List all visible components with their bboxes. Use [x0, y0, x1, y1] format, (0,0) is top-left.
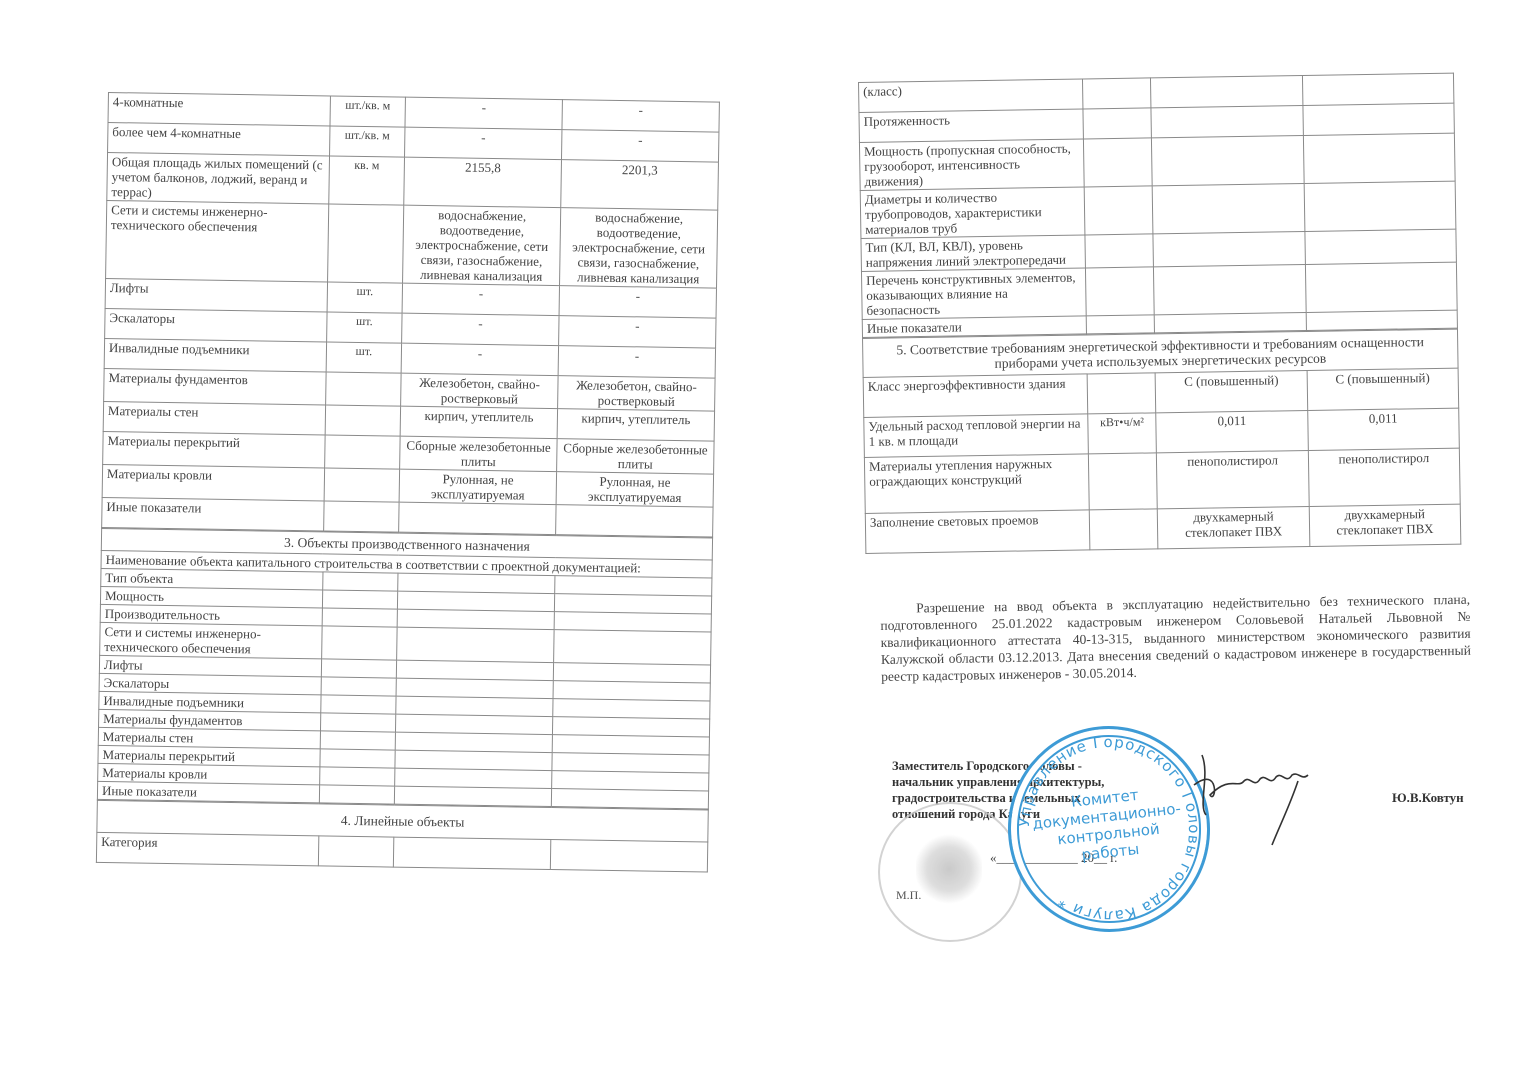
- row-label: Общая площадь жилых помещений (с учетом …: [107, 153, 330, 204]
- row-fact-value: 2201,3: [561, 160, 719, 210]
- row-unit: [324, 468, 400, 502]
- row-fact-value: -: [559, 286, 716, 318]
- empty-cell: [1155, 312, 1307, 332]
- row-unit: [1088, 453, 1157, 510]
- row-label: Заполнение световых проемов: [865, 510, 1089, 554]
- row-plan-value: водоснабжение, водоотведение, электросна…: [403, 205, 561, 285]
- row-plan-value: -: [401, 343, 558, 375]
- empty-cell: [1306, 310, 1458, 330]
- note-text: Разрешение на ввод объекта в эксплуатаци…: [880, 591, 1471, 685]
- row-fact-value: водоснабжение, водоотведение, электросна…: [560, 208, 718, 288]
- row-label: Класс энергоэффективности здания: [863, 374, 1087, 418]
- row-label: Сети и системы инженерно-технического об…: [106, 200, 329, 281]
- empty-cell: [321, 695, 397, 714]
- empty-cell: [1305, 229, 1457, 264]
- row-label: Категория: [96, 832, 318, 865]
- table-row: Сети и системы инженерно-технического об…: [106, 200, 718, 288]
- row-plan-value: кирпич, утеплитель: [400, 406, 557, 438]
- empty-cell: [1083, 138, 1152, 187]
- empty-cell: [322, 590, 398, 609]
- empty-cell: [1151, 76, 1303, 108]
- empty-cell: [1085, 267, 1154, 316]
- handwritten-signature: [1180, 745, 1320, 855]
- row-fact-value: 0,011: [1307, 408, 1459, 450]
- row-label: Мощность (пропускная способность, грузоо…: [859, 139, 1084, 191]
- row-label: Материалы фундаментов: [104, 368, 326, 404]
- row-unit: [324, 435, 400, 469]
- row-label: (класс): [859, 79, 1083, 113]
- row-unit: [1089, 509, 1158, 550]
- row-fact-value: -: [562, 130, 719, 162]
- table-row: Материалы утепления наружных ограждающих…: [864, 448, 1460, 513]
- row-label: 4-комнатные: [108, 93, 330, 126]
- empty-cell: [1302, 73, 1454, 105]
- row-unit: [327, 204, 404, 283]
- row-unit: [325, 405, 401, 436]
- row-unit: шт.: [326, 312, 402, 343]
- eagle-emblem-icon: [916, 832, 982, 906]
- row-label: Иные показатели: [102, 497, 324, 530]
- empty-cell: [1084, 186, 1153, 235]
- row-unit: шт.: [326, 342, 402, 373]
- row-unit: [325, 372, 401, 406]
- empty-cell: [1152, 136, 1304, 186]
- empty-cell: [1083, 108, 1152, 139]
- empty-cell: [397, 627, 554, 662]
- empty-cell: [1085, 234, 1154, 268]
- row-fact-value: [556, 505, 713, 537]
- row-label: Материалы кровли: [102, 464, 324, 500]
- empty-cell: [550, 840, 707, 872]
- coat-of-arms-seal: [878, 802, 1022, 942]
- row-plan-value: -: [402, 313, 559, 345]
- row-plan-value: Железобетон, свайно-ростверковый: [401, 373, 558, 408]
- row-plan-value: -: [405, 97, 562, 129]
- row-label: Инвалидные подъемники: [104, 338, 326, 371]
- row-unit: [1087, 373, 1156, 414]
- empty-cell: [320, 713, 396, 732]
- row-plan-value: 2155,8: [404, 157, 562, 207]
- section3-table: 3. Объекты производственного назначения …: [97, 528, 713, 810]
- empty-cell: [322, 572, 398, 591]
- row-plan-value: 0,011: [1156, 410, 1308, 452]
- empty-cell: [319, 767, 395, 786]
- row-plan-value: -: [402, 283, 559, 315]
- empty-cell: [1151, 106, 1303, 138]
- empty-cell: [1086, 315, 1155, 334]
- row-label: Материалы стен: [103, 401, 325, 434]
- row-label: Материалы утепления наружных ограждающих…: [864, 454, 1089, 514]
- empty-cell: [551, 789, 708, 809]
- empty-cell: [1153, 232, 1305, 267]
- empty-cell: [1303, 103, 1455, 135]
- empty-cell: [393, 837, 550, 869]
- empty-cell: [1304, 181, 1456, 231]
- row-unit: шт./кв. м: [329, 126, 405, 157]
- empty-cell: [320, 731, 396, 750]
- row-fact-value: двухкамерный стеклопакет ПВХ: [1309, 504, 1461, 546]
- row-fact-value: -: [562, 100, 719, 132]
- empty-cell: [554, 630, 711, 665]
- row-label: Тип (КЛ, ВЛ, КВЛ), уровень напряжения ли…: [861, 235, 1085, 272]
- empty-cell: [318, 836, 394, 867]
- row-fact-value: кирпич, утеплитель: [557, 409, 714, 441]
- section5-table: 5. Соответствие требованиям энергетическ…: [862, 329, 1461, 554]
- residential-table: 4-комнатныешт./кв. м--более чем 4-комнат…: [101, 92, 720, 538]
- empty-cell: [321, 626, 397, 660]
- empty-cell: [1082, 78, 1151, 109]
- right-page: (класс)ПротяженностьМощность (пропускная…: [858, 73, 1461, 554]
- empty-cell: [321, 677, 397, 696]
- empty-cell: [321, 659, 397, 678]
- row-fact-value: Сборные железобетонные плиты: [557, 439, 714, 474]
- row-fact-value: Рулонная, не эксплуатируемая: [556, 472, 713, 507]
- empty-cell: [319, 785, 395, 804]
- empty-cell: [1305, 262, 1457, 312]
- row-plan-value: С (повышенный): [1156, 370, 1308, 412]
- row-plan-value: пенополистирол: [1157, 450, 1309, 508]
- section4-table: 4. Линейные объекты Категория: [96, 800, 709, 873]
- row-fact-value: пенополистирол: [1308, 448, 1460, 506]
- row-unit: шт.: [327, 282, 403, 313]
- empty-cell: [1154, 264, 1306, 314]
- row-label: Эскалаторы: [105, 308, 327, 341]
- row-label: Удельный расход тепловой энергии на 1 кв…: [864, 414, 1088, 458]
- row-label: Протяженность: [859, 109, 1083, 143]
- table-row: Заполнение световых проемовдвухкамерный …: [865, 504, 1461, 553]
- empty-cell: [1303, 133, 1455, 183]
- row-plan-value: -: [405, 127, 562, 159]
- row-plan-value: двухкамерный стеклопакет ПВХ: [1158, 506, 1310, 548]
- row-label: более чем 4-комнатные: [108, 123, 330, 156]
- row-plan-value: [399, 502, 556, 534]
- row-unit: кВт•ч/м²: [1088, 413, 1157, 454]
- row-label: Лифты: [105, 278, 327, 311]
- left-page: 4-комнатныешт./кв. м--более чем 4-комнат…: [96, 92, 720, 873]
- row-fact-value: -: [558, 346, 715, 378]
- empty-cell: [1153, 184, 1305, 234]
- row-plan-value: Рулонная, не эксплуатируемая: [399, 469, 556, 504]
- row-label: Перечень конструктивных элементов, оказы…: [861, 268, 1086, 320]
- row-fact-value: -: [559, 316, 716, 348]
- row-unit: кв. м: [329, 156, 405, 205]
- row-fact-value: Железобетон, свайно-ростверковый: [558, 376, 715, 411]
- row-label: Сети и системы инженерно-технического об…: [100, 622, 322, 658]
- signer-name: Ю.В.Ковтун: [1392, 790, 1464, 806]
- row-fact-value: С (повышенный): [1307, 368, 1459, 410]
- empty-cell: [322, 608, 398, 627]
- technical-plan-note: Разрешение на ввод объекта в эксплуатаци…: [880, 591, 1471, 685]
- row-unit: [323, 501, 399, 532]
- empty-cell: [394, 786, 551, 806]
- row-plan-value: Сборные железобетонные плиты: [400, 436, 557, 471]
- row-label: Диаметры и количество трубопроводов, хар…: [860, 187, 1085, 239]
- row-unit: шт./кв. м: [330, 96, 406, 127]
- linear-table: (класс)ПротяженностьМощность (пропускная…: [858, 73, 1458, 338]
- row-label: Материалы перекрытий: [103, 431, 325, 467]
- empty-cell: [320, 749, 396, 768]
